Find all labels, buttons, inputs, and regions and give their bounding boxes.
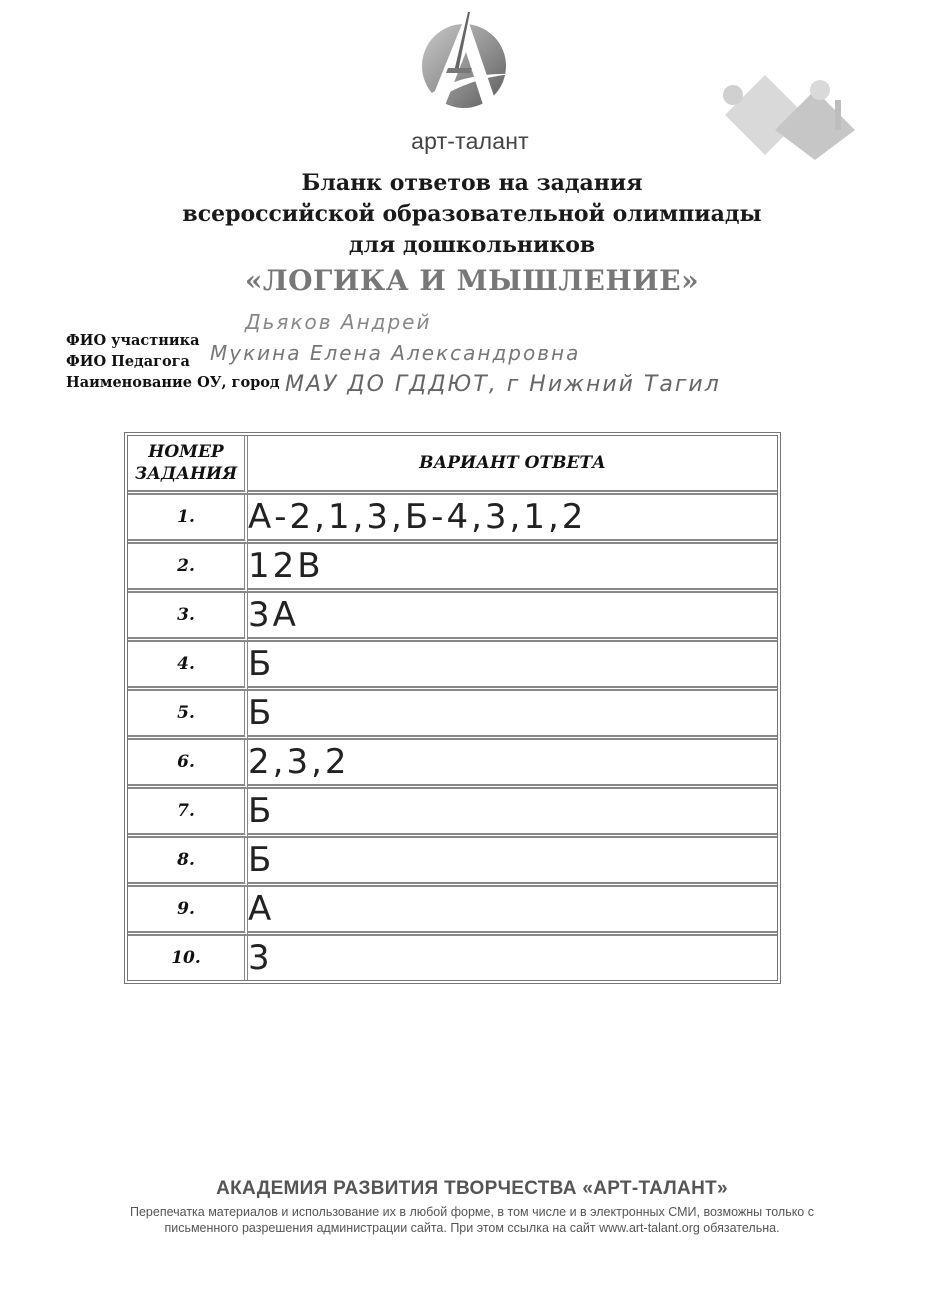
teacher-name-field[interactable]: Мукина Елена Александровна — [210, 341, 580, 365]
title-line-3: для дошкольников — [0, 230, 944, 261]
answers-table: НОМЕР ЗАДАНИЯ ВАРИАНТ ОТВЕТА 1.А-2,1,3,Б… — [124, 432, 781, 984]
task-number: 8. — [128, 838, 248, 887]
title-line-2: всероссийской образовательной олимпиады — [0, 199, 944, 230]
copyright-notice: Перепечатка материалов и использование и… — [0, 1204, 944, 1236]
table-row: 2.12В — [128, 544, 777, 593]
table-row: 10.3 — [128, 936, 777, 980]
task-number: 7. — [128, 789, 248, 838]
table-row: 3.3А — [128, 593, 777, 642]
task-number: 4. — [128, 642, 248, 691]
participant-name-field[interactable]: Дьяков Андрей — [245, 310, 432, 334]
table-row: 9.А — [128, 887, 777, 936]
column-header-task-number: НОМЕР ЗАДАНИЯ — [128, 436, 248, 495]
table-row: 4.Б — [128, 642, 777, 691]
form-title: Бланк ответов на задания всероссийской о… — [0, 168, 944, 299]
table-header-row: НОМЕР ЗАДАНИЯ ВАРИАНТ ОТВЕТА — [128, 436, 777, 495]
task-number: 6. — [128, 740, 248, 789]
org-city-field[interactable]: МАУ ДО ГДДЮТ, г Нижний Тагил — [285, 372, 721, 397]
answer-field[interactable]: Б — [248, 691, 777, 740]
puzzle-icon — [715, 60, 875, 170]
column-header-answer: ВАРИАНТ ОТВЕТА — [248, 436, 777, 495]
notice-line-2: письменного разрешения администрации сай… — [0, 1220, 944, 1236]
task-number: 1. — [128, 495, 248, 544]
title-line-1: Бланк ответов на задания — [0, 168, 944, 199]
brand-name: арт-талант — [370, 128, 570, 155]
task-number: 5. — [128, 691, 248, 740]
header-num-line-2: ЗАДАНИЯ — [135, 464, 237, 484]
table-row: 5.Б — [128, 691, 777, 740]
art-talant-logo-icon — [410, 12, 518, 112]
answer-field[interactable]: 2,3,2 — [248, 740, 777, 789]
answer-field[interactable]: 3 — [248, 936, 777, 980]
table-row: 6.2,3,2 — [128, 740, 777, 789]
task-number: 9. — [128, 887, 248, 936]
answer-field[interactable]: А — [248, 887, 777, 936]
answer-field[interactable]: Б — [248, 642, 777, 691]
footer-org-name: АКАДЕМИЯ РАЗВИТИЯ ТВОРЧЕСТВА «АРТ-ТАЛАНТ… — [0, 1178, 944, 1200]
answer-field[interactable]: 12В — [248, 544, 777, 593]
answer-field[interactable]: Б — [248, 789, 777, 838]
answer-field[interactable]: 3А — [248, 593, 777, 642]
task-number: 3. — [128, 593, 248, 642]
table-row: 1.А-2,1,3,Б-4,3,1,2 — [128, 495, 777, 544]
answer-field[interactable]: А-2,1,3,Б-4,3,1,2 — [248, 495, 777, 544]
header-num-line-1: НОМЕР — [148, 442, 223, 462]
footer: АКАДЕМИЯ РАЗВИТИЯ ТВОРЧЕСТВА «АРТ-ТАЛАНТ… — [0, 1178, 944, 1236]
table-row: 8.Б — [128, 838, 777, 887]
answer-field[interactable]: Б — [248, 838, 777, 887]
task-number: 2. — [128, 544, 248, 593]
task-number: 10. — [128, 936, 248, 980]
org-label: Наименование ОУ, город — [66, 373, 280, 394]
notice-line-1: Перепечатка материалов и использование и… — [0, 1204, 944, 1220]
olympiad-name: «ЛОГИКА И МЫШЛЕНИЕ» — [0, 263, 944, 299]
table-row: 7.Б — [128, 789, 777, 838]
